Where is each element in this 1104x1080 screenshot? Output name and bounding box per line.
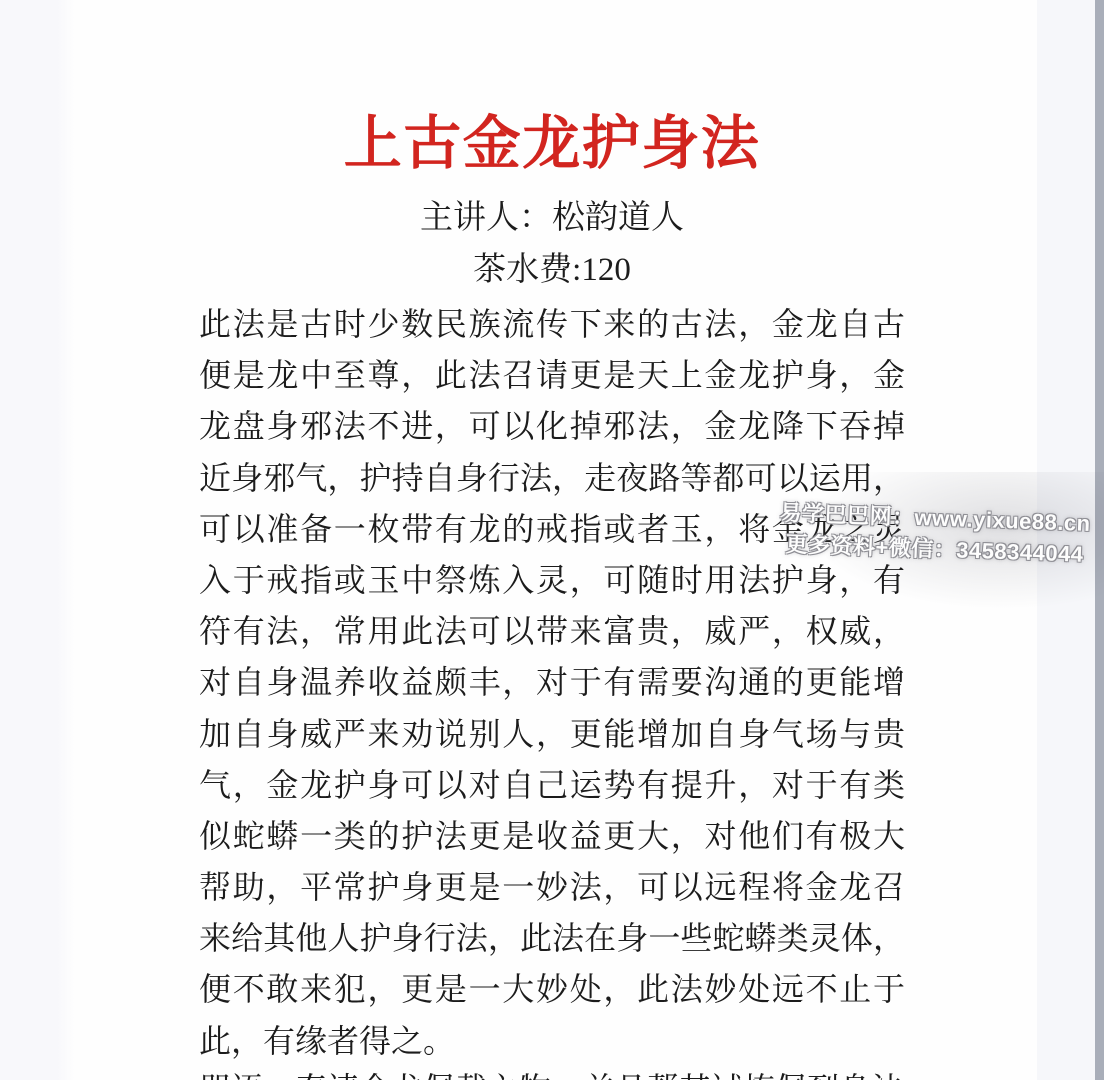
body-line: 入于戒指或玉中祭炼入灵，可随时用法护身，有	[199, 555, 905, 606]
clipped-bottom-line: 咒语：奉请金龙佩戴之物，并且帮其试炼佩到身法	[199, 1067, 905, 1080]
body-line: 来给其他人护身行法，此法在身一些蛇蟒类灵体，	[199, 913, 905, 964]
body-line: 此法是古时少数民族流传下来的古法，金龙自古	[199, 299, 905, 350]
presenter-line: 主讲人：松韵道人	[199, 196, 905, 240]
body-line: 龙盘身邪法不进，可以化掉邪法，金龙降下吞掉	[199, 401, 905, 452]
body-line: 加自身威严来劝说别人，更能增加自身气场与贵	[199, 709, 905, 760]
body-line: 气，金龙护身可以对自己运势有提升，对于有类	[199, 760, 905, 811]
right-edge-strip	[1095, 0, 1104, 1080]
body-line: 符有法，常用此法可以带来富贵，威严，权威，	[199, 606, 905, 657]
body-line: 似蛇蟒一类的护法更是收益更大，对他们有极大	[199, 811, 905, 862]
fee-line: 茶水费:120	[199, 248, 905, 292]
body-text: 此法是古时少数民族流传下来的古法，金龙自古便是龙中至尊，此法召请更是天上金龙护身…	[199, 299, 905, 1067]
watermark: 易学巴巴网：www.yixue88.cn 更多资料+微信：3458344044	[778, 497, 1091, 570]
body-line: 便是龙中至尊，此法召请更是天上金龙护身，金	[199, 350, 905, 401]
body-line: 近身邪气，护持自身行法，走夜路等都可以运用，	[199, 453, 905, 504]
body-line: 便不敢来犯，更是一大妙处，此法妙处远不止于	[199, 964, 905, 1015]
left-margin-strip	[0, 0, 57, 1080]
page-title: 上古金龙护身法	[199, 108, 905, 180]
left-margin-fade	[57, 0, 75, 1080]
body-line: 对自身温养收益颇丰，对于有需要沟通的更能增	[199, 657, 905, 708]
body-line: 此，有缘者得之。	[199, 1016, 905, 1067]
body-line: 帮助，平常护身更是一妙法，可以远程将金龙召	[199, 862, 905, 913]
